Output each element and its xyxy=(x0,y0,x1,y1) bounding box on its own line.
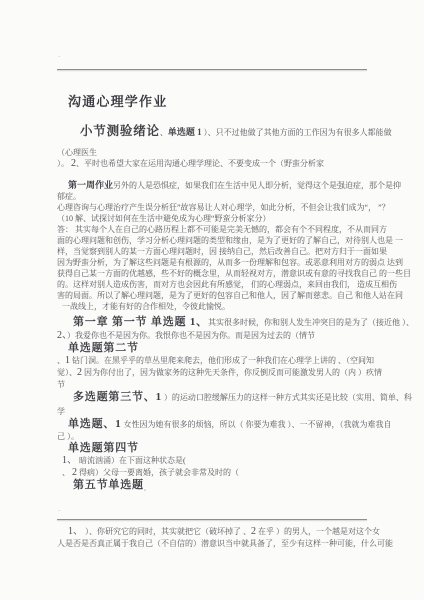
text-run: 单选题、1 xyxy=(68,418,122,430)
text-run: （心理医生 xyxy=(57,148,97,157)
text-run: 、 xyxy=(57,356,65,365)
text-run: 、 xyxy=(160,128,168,137)
text-run: 1、 xyxy=(62,455,77,466)
text-run: 一战线上，才能有好的合作相处，令彼此愉悦。 xyxy=(62,302,230,311)
paragraph: 一战线上，才能有好的合作相处，令彼此愉悦。 xyxy=(57,301,365,312)
paragraph: 第五节单选题。 xyxy=(57,479,365,497)
paragraph: 的。这样对别人造成伤害，而对方也会因此有所感觉， 们的心理弱点，来回由我们， 造… xyxy=(57,279,365,290)
paragraph: 节 xyxy=(57,379,365,390)
horizontal-rule xyxy=(57,519,367,520)
text-run: 、 xyxy=(62,468,72,477)
document-body: · 沟通心理学作业 小节测验绪论、单选题 1 ）、只不过他做了其他方面的工作因为… xyxy=(57,52,365,549)
text-run: 第一章 第一节 单选题 1、 xyxy=(73,316,208,328)
text-run: 在乎 ）的男人，一个越是对这个女 xyxy=(256,527,380,536)
text-run: 样，当觉察到别人的某一方面心理问题时，因 接纳自己，然后改善自己。把对方归于一面… xyxy=(57,247,387,256)
text-run: 第一周作业 xyxy=(68,180,113,190)
text-run: ）我爱你也不是因为你。我恨你也不是因为你。而是因为过去的（情节 xyxy=(67,331,315,340)
text-run: 单选题 1 xyxy=(168,127,202,137)
text-run: 女性因为她有很多的烦恼，所以（ 你要为难我 ）、一不留神，（我就为难我自 xyxy=(122,420,392,429)
text-run: 节 xyxy=(57,380,65,389)
paragraph: 样，当觉察到别人的某一方面心理问题时，因 接纳自己，然后改善自己。把对方归于一面… xyxy=(57,246,365,257)
paragraph: 1、 暗流汹涌）在下面这种状态是( xyxy=(57,455,365,467)
text-run: 因为你付出了，因为做家务的这种先天条件，你反倒反而可能激发男人的（内 ）疚情 xyxy=(82,368,382,377)
text-run: 单选题第二节 xyxy=(68,342,139,354)
paragraph: 人是否是否真正属于我自己（不自信的）潜意识当中就具备了，至少有这样一种可能，什么… xyxy=(57,538,365,549)
text-run: 1、 xyxy=(68,526,83,537)
paragraph: 、1 钻门洞。在黑乎乎的草丛里爬来爬去，他们形成了一种我们在心理学上讲的 、（空… xyxy=(57,355,365,367)
text-run: 人是否是否真正属于我自己（不自信的）潜意识当中就具备了，至少有这样一种可能，什么… xyxy=(57,539,393,548)
stray-mark: · xyxy=(58,54,60,61)
text-run: 、平时也希望大家在运用沟通心理学理论、不要变成一个（野蛮分析家 xyxy=(76,159,324,168)
paragraph: 学 xyxy=(57,405,365,418)
text-run: 心理咨询与心理治疗产生误分析狂”故容易让人对心理学，如此分析，不但会让我们成为“… xyxy=(57,203,390,212)
text-run: 的。这样对别人造成伤害，而对方也会因此有所感觉， 们的心理弱点，来回由我们， 造… xyxy=(57,280,397,289)
horizontal-rule xyxy=(57,69,367,70)
paragraph: 多选题第三节、1 ）的运动口腔缓解压力的这样一种方式其实还是比较（实用、简单、科 xyxy=(57,390,365,405)
text-run: 其实很多时候，你和别人发生冲突目的是为了（接近他 ）、 xyxy=(208,318,414,327)
text-run: ）。 xyxy=(57,159,71,168)
paragraph: 心理咨询与心理治疗产生误分析狂”故容易让人对心理学，如此分析，不但会让我们成为“… xyxy=(57,202,365,213)
paragraph: 1、 ）、你研究它的同时，其实就把它（破坏掉了 、2 在乎 ）的男人，一个越是对… xyxy=(57,526,365,538)
paragraph: 答： 其实每个人在自己的心路历程上都不可能是完美无憾的，都会有个不同程度，不从而… xyxy=(57,224,365,235)
paragraph: 面的心理问题和创伤，学习分析心理问题的类型和缘由，是为了更好的了解自己，对待别人… xyxy=(57,235,365,246)
text-run: 觉）、 xyxy=(57,368,77,377)
paragraph: 小节测验绪论、单选题 1 ）、只不过他做了其他方面的工作因为有很多人都能做 xyxy=(57,123,365,141)
text-run: 暗流汹涌）在下面这种状态是( xyxy=(77,456,186,465)
paragraph: 因为野蛮分析，为了解这些问题是有根源的，从而多一份理解和包容。或恶意利用对方的弱… xyxy=(57,257,365,268)
text-run: 小节测验绪论 xyxy=(80,124,160,138)
paragraph: 单选题、1 女性因为她有很多的烦恼，所以（ 你要为难我 ）、一不留神，（我就为难… xyxy=(57,418,365,431)
divider-section: · xyxy=(57,506,365,520)
text-run: （10 解、试探讨如何在生活中避免成为心理“野蛮分析家分） xyxy=(57,214,271,223)
document-title-text: 沟通心理学作业 xyxy=(68,94,167,109)
text-run: 获得自己某一方面的优越感，些不好的概念里，从而轻视对方，潜意识或有意的寻找我自己… xyxy=(57,269,411,278)
text-run: 2、 xyxy=(57,330,67,341)
paragraph: 单选题第四节 xyxy=(57,442,365,455)
paragraph: 第一章 第一节 单选题 1、其实很多时候，你和别人发生冲突目的是为了（接近他 ）… xyxy=(57,315,365,330)
text-run: 学 xyxy=(57,407,65,416)
paragraph: 郁症。 xyxy=(57,191,365,202)
stray-mark: · xyxy=(58,508,60,515)
text-run: 面的心理问题和创伤，学习分析心理问题的类型和缘由，是为了更好的了解自己，对待别人… xyxy=(57,236,403,245)
page-title: 沟通心理学作业 xyxy=(57,94,365,111)
paragraph: 单选题第二节 xyxy=(57,342,365,355)
text-run: ）、只不过他做了其他方面的工作因为有很多人都能做 xyxy=(202,128,392,137)
paragraph: 2、）我爱你也不是因为你。我恨你也不是因为你。而是因为过去的（情节 xyxy=(57,330,365,342)
paragraph: 获得自己某一方面的优越感，些不好的概念里，从而轻视对方，潜意识或有意的寻找我自己… xyxy=(57,268,365,279)
paragraph: 觉）、2 因为你付出了，因为做家务的这种先天条件，你反倒反而可能激发男人的（内 … xyxy=(57,367,365,379)
text-run: 多选题第三节、1 xyxy=(73,391,162,403)
text-run: 己 ）。 xyxy=(57,432,79,441)
paragraph: ）。 2、平时也希望大家在运用沟通心理学理论、不要变成一个（野蛮分析家 xyxy=(57,158,365,170)
paragraph: （10 解、试探讨如何在生活中避免成为心理“野蛮分析家分） xyxy=(57,213,365,224)
scanned-document-page: · 沟通心理学作业 小节测验绪论、单选题 1 ）、只不过他做了其他方面的工作因为… xyxy=(0,0,424,600)
text-run: 郁症。 xyxy=(57,192,81,201)
text-run: 答： 其实每个人在自己的心路历程上都不可能是完美无憾的，都会有个不同程度，不从而… xyxy=(57,225,387,234)
paragraph: 、 2 得病）父母一要离婚，孩子就会非常及时的（ xyxy=(57,467,365,479)
paragraph: （心理医生 xyxy=(57,147,365,158)
text-run: ）的运动口腔缓解压力的这样一种方式其实还是比较（实用、简单、科 xyxy=(162,393,412,402)
paragraph: 己 ）。 xyxy=(57,431,365,442)
divider-section: · xyxy=(57,52,365,70)
text-run: 第五节单选题 xyxy=(73,479,144,491)
text-run: ）、你研究它的同时，其实就把它（破坏掉了 、 xyxy=(83,527,251,536)
text-run: 因为野蛮分析，为了解这些问题是有根源的，从而多一份理解和包容。或恶意利用对方的弱… xyxy=(57,258,403,267)
text-run: 另外的人是恐惧症，如果我们在生活中见人即分析，觉得这个是强迫症，那个是抑 xyxy=(113,181,401,190)
paragraph: 害的局面。所以了解心理问题，是为了更好的包容自己和他人，因了解而慈悲。自己 和他… xyxy=(57,290,365,301)
text-run: 单选题第四节 xyxy=(68,442,139,454)
paragraph: 第一周作业另外的人是恐惧症，如果我们在生活中见人即分析，觉得这个是强迫症，那个是… xyxy=(57,180,365,191)
text-run: 害的局面。所以了解心理问题，是为了更好的包容自己和他人，因了解而慈悲。自己 和他… xyxy=(57,291,403,300)
text-run: 钻门洞。在黑乎乎的草丛里爬来爬去，他们形成了一种我们在心理学上讲的 、（空间知 xyxy=(70,356,374,365)
text-run: 。 xyxy=(144,487,150,493)
text-run: 得病）父母一要离婚，孩子就会非常及时的（ xyxy=(77,468,239,477)
